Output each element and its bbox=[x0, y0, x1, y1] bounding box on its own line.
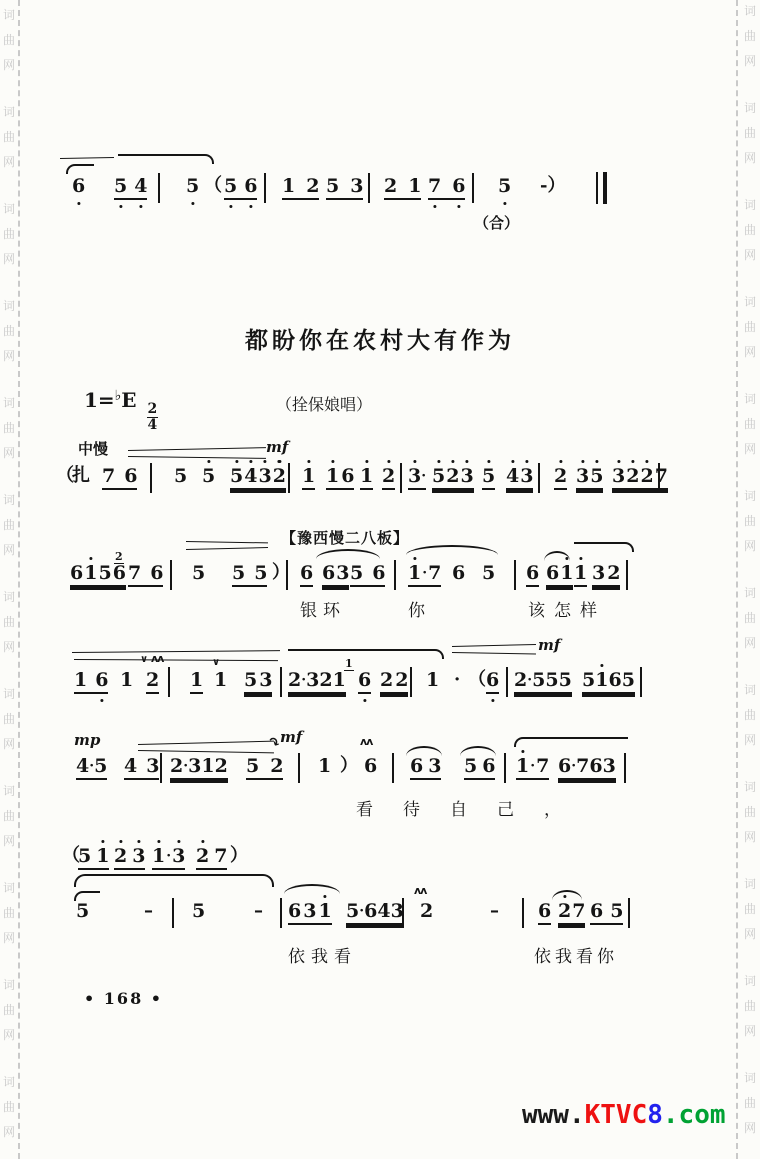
note-char: 5 bbox=[230, 466, 243, 486]
side-watermark-char: 词 bbox=[3, 6, 15, 23]
note-group: 54 bbox=[114, 176, 147, 200]
note-char: 6 bbox=[113, 563, 126, 583]
barline bbox=[288, 463, 290, 493]
note-char: · bbox=[166, 846, 171, 866]
hairpin-line bbox=[138, 750, 274, 753]
mordent-mark: ʌʌ bbox=[151, 652, 163, 665]
footer-watermark: www.KTVC8.com bbox=[522, 1100, 726, 1130]
note-char: 2 bbox=[273, 466, 286, 486]
note-char: 6 bbox=[452, 176, 465, 196]
hairpin-line bbox=[452, 652, 536, 654]
note-char: 2 bbox=[215, 756, 228, 776]
lyric-text: 看待自己， bbox=[356, 795, 591, 820]
barline bbox=[158, 173, 160, 203]
hairpin-line bbox=[128, 447, 266, 451]
side-watermark-char: 词 bbox=[744, 2, 756, 19]
note-char: 7 bbox=[428, 176, 441, 196]
note-char: 7 bbox=[128, 563, 141, 583]
octave-dot-above bbox=[137, 840, 140, 843]
barline bbox=[298, 753, 300, 783]
note-char: 2 bbox=[114, 846, 127, 866]
side-watermark-char: 词 bbox=[3, 394, 15, 411]
octave-dot-above bbox=[278, 460, 281, 463]
octave-dot-below bbox=[191, 202, 194, 205]
note-group: 43 bbox=[124, 756, 159, 780]
banqiang-label: 【豫西慢二八板】 bbox=[281, 527, 409, 548]
note-char: 2 bbox=[170, 756, 183, 776]
note-char: 6 bbox=[322, 563, 335, 583]
sheet-music-page: 都盼你在农村大有作为 1=♭E24 （拴保娘唱） 6545（5612532176… bbox=[0, 0, 760, 1159]
octave-dot-above bbox=[177, 840, 180, 843]
note-char: 1 bbox=[96, 846, 109, 866]
side-watermark-char: 网 bbox=[744, 1119, 756, 1136]
lyric-text: 银环 bbox=[300, 596, 346, 621]
note-char: 2 bbox=[395, 670, 408, 690]
note-char: 3 bbox=[188, 756, 201, 776]
note-char: 7 bbox=[655, 466, 668, 486]
side-watermark-char: 曲 bbox=[744, 221, 756, 238]
side-watermark-char: 网 bbox=[3, 832, 15, 849]
slur-arc bbox=[406, 746, 442, 756]
barline bbox=[410, 667, 412, 697]
barline bbox=[160, 753, 162, 783]
side-watermark-char: 词 bbox=[744, 681, 756, 698]
side-watermark-char: 曲 bbox=[3, 419, 15, 436]
note-group: 1 bbox=[214, 670, 227, 692]
side-watermark-char: 词 bbox=[744, 972, 756, 989]
note-group: 16 bbox=[326, 466, 354, 490]
note-char: 3 bbox=[259, 670, 272, 690]
note-group: 6·763 bbox=[558, 756, 616, 780]
note-group: 5 bbox=[498, 176, 511, 198]
note-char: 1 bbox=[574, 563, 587, 583]
note-group: 21 bbox=[384, 176, 421, 200]
note-char: 7 bbox=[536, 756, 549, 776]
note-char: 3 bbox=[576, 466, 589, 486]
note-char: 2 bbox=[626, 466, 639, 486]
note-char: 1 bbox=[120, 670, 133, 690]
octave-dot-above bbox=[595, 460, 598, 463]
note-char: 5 bbox=[545, 670, 558, 690]
note-char: 2 bbox=[384, 176, 397, 196]
hairpin-line bbox=[72, 650, 280, 653]
note-char: 2 bbox=[382, 466, 395, 486]
note-char: 4 bbox=[124, 756, 137, 776]
meter-numerator: 2 bbox=[148, 402, 158, 417]
hairpin-line bbox=[186, 547, 268, 550]
note-group: 1·3 bbox=[152, 846, 185, 870]
dynamic-marking: mf bbox=[280, 728, 302, 746]
notation-text: · bbox=[454, 670, 460, 690]
dynamic-marking: mf bbox=[266, 438, 288, 456]
note-char: · bbox=[421, 466, 426, 486]
notation-text: ） bbox=[340, 756, 358, 776]
phrase-hook-right bbox=[118, 154, 214, 164]
octave-dot-below bbox=[433, 205, 436, 208]
note-group: 22 bbox=[380, 670, 408, 694]
note-char: 2 bbox=[607, 563, 620, 583]
side-watermark-char: 网 bbox=[744, 246, 756, 263]
side-watermark-char: 网 bbox=[744, 828, 756, 845]
note-char: 1 bbox=[408, 563, 421, 583]
note-char: 5 bbox=[482, 466, 495, 486]
note-char: 2 bbox=[306, 176, 319, 196]
note-char: 5 bbox=[192, 901, 205, 921]
note-char: 3 bbox=[336, 563, 349, 583]
side-watermark-char: 网 bbox=[744, 440, 756, 457]
side-watermark-char: 曲 bbox=[3, 322, 15, 339]
octave-dot-above bbox=[645, 460, 648, 463]
note-char: 5 bbox=[498, 176, 511, 196]
hairpin-line bbox=[452, 644, 536, 647]
note-char: 1 bbox=[214, 670, 227, 690]
barline bbox=[170, 560, 172, 590]
note-char: 6 bbox=[244, 176, 257, 196]
notation-text: -） bbox=[540, 176, 565, 196]
barline bbox=[280, 667, 282, 697]
side-watermark-char: 词 bbox=[3, 200, 15, 217]
note-char: 6 bbox=[590, 901, 603, 921]
barline bbox=[472, 173, 474, 203]
note-char: 2 bbox=[288, 670, 301, 690]
note-char: 5 bbox=[94, 756, 107, 776]
side-watermark-char: 网 bbox=[744, 731, 756, 748]
note-group: 4·5 bbox=[76, 756, 107, 780]
note-group: 56 bbox=[224, 176, 257, 200]
dynamic-marking: mp bbox=[74, 731, 100, 749]
note-group: 65 bbox=[590, 901, 623, 925]
note-char: 6 bbox=[72, 176, 85, 196]
note-group: 6 bbox=[72, 176, 85, 198]
note-char: 5 bbox=[98, 563, 111, 583]
side-watermark-char: 词 bbox=[3, 685, 15, 702]
note-group: 1 bbox=[120, 670, 133, 692]
singer-credit: （拴保娘唱） bbox=[276, 392, 372, 415]
barline bbox=[402, 898, 404, 928]
octave-dot-above bbox=[579, 557, 582, 560]
note-char: 3 bbox=[408, 466, 421, 486]
octave-dot-above bbox=[331, 460, 334, 463]
note-char: 2 bbox=[558, 901, 571, 921]
dynamic-marking: mf bbox=[538, 636, 560, 654]
footer-watermark-segment: www. bbox=[522, 1100, 585, 1130]
note-char: 4 bbox=[506, 466, 519, 486]
footer-watermark-segment: KTVC bbox=[585, 1100, 648, 1130]
octave-dot-above bbox=[157, 840, 160, 843]
footer-watermark-segment: .com bbox=[663, 1100, 726, 1130]
side-watermark-char: 曲 bbox=[744, 803, 756, 820]
side-watermark-char: 网 bbox=[744, 537, 756, 554]
note-char: 1 bbox=[333, 670, 346, 690]
note-char: 1 bbox=[326, 466, 339, 486]
note-char: · bbox=[530, 756, 535, 776]
barline bbox=[626, 560, 628, 590]
octave-dot-below bbox=[139, 205, 142, 208]
barline bbox=[628, 898, 630, 928]
side-watermark-char: 词 bbox=[744, 1069, 756, 1086]
notation-text: （ bbox=[204, 176, 222, 196]
note-char: 2 bbox=[640, 466, 653, 486]
note-char: 3 bbox=[520, 466, 533, 486]
phrase-slur bbox=[74, 874, 274, 887]
side-watermark-char: 网 bbox=[3, 444, 15, 461]
note-char: 6 bbox=[300, 563, 313, 583]
side-watermark-char: 词 bbox=[3, 1073, 15, 1090]
note-group: 52 bbox=[246, 756, 283, 780]
octave-dot-above bbox=[511, 460, 514, 463]
note-group: 5165 bbox=[582, 670, 635, 694]
meter-denominator: 4 bbox=[147, 417, 159, 433]
note-char: · bbox=[422, 563, 427, 583]
note-char: 1 bbox=[302, 466, 315, 486]
note-char: 2 bbox=[146, 670, 159, 690]
note-char: 1 bbox=[595, 670, 608, 690]
note-char: 6 bbox=[364, 901, 377, 921]
hairpin-line bbox=[74, 659, 278, 661]
note-group: 35 bbox=[576, 466, 603, 490]
note-char: 6 bbox=[372, 563, 385, 583]
note-group: 1 bbox=[190, 670, 203, 694]
side-watermark-char: 曲 bbox=[744, 997, 756, 1014]
octave-dot-below bbox=[363, 699, 366, 702]
barline bbox=[280, 898, 282, 928]
note-char: 2 bbox=[196, 846, 209, 866]
note-char: 6 bbox=[410, 756, 423, 776]
note-char: 5 bbox=[186, 176, 199, 196]
side-watermark-char: 曲 bbox=[744, 706, 756, 723]
note-group: 51 bbox=[78, 846, 109, 870]
annotation-text: 中慢 bbox=[78, 438, 108, 459]
page-border-dashed-left bbox=[18, 0, 20, 1159]
side-watermark-char: 词 bbox=[744, 196, 756, 213]
octave-dot-below bbox=[100, 699, 103, 702]
note-group: 16 bbox=[74, 670, 108, 694]
barline bbox=[400, 463, 402, 493]
side-watermark-char: 词 bbox=[3, 976, 15, 993]
octave-dot-below bbox=[77, 202, 80, 205]
final-barline bbox=[596, 172, 607, 204]
slur-arc bbox=[552, 890, 582, 900]
note-group: 2 bbox=[146, 670, 159, 694]
barline bbox=[658, 463, 660, 493]
note-group: 76 bbox=[128, 563, 163, 587]
side-watermark-char: 曲 bbox=[744, 318, 756, 335]
note-char: 2 bbox=[319, 670, 332, 690]
notation-text: – bbox=[254, 901, 263, 921]
side-watermark-char: 词 bbox=[744, 487, 756, 504]
octave-dot-above bbox=[631, 460, 634, 463]
side-watermark-char: 曲 bbox=[744, 124, 756, 141]
note-char: 7 bbox=[572, 901, 585, 921]
footer-watermark-segment: 8 bbox=[647, 1100, 663, 1130]
slur-arc bbox=[406, 545, 498, 555]
side-watermark-char: 词 bbox=[744, 778, 756, 795]
note-char: 6 bbox=[288, 901, 301, 921]
note-char: 5 bbox=[590, 466, 603, 486]
side-watermark-char: 网 bbox=[3, 638, 15, 655]
barline bbox=[168, 667, 170, 697]
octave-dot-below bbox=[491, 699, 494, 702]
note-group: 6 bbox=[526, 563, 539, 587]
note-char: 5 bbox=[192, 563, 205, 583]
note-group: 5 bbox=[482, 466, 495, 490]
note-char: 3 bbox=[460, 466, 473, 486]
side-watermark-char: 词 bbox=[3, 297, 15, 314]
note-group: 1·7 bbox=[408, 563, 441, 587]
note-char: 5 bbox=[244, 670, 257, 690]
note-char: 4 bbox=[244, 466, 257, 486]
note-char: 5 bbox=[78, 846, 91, 866]
note-group: 2·555 bbox=[514, 670, 572, 694]
note-char: 5 bbox=[346, 901, 359, 921]
note-group: 1 bbox=[318, 756, 331, 778]
note-char: 5 bbox=[610, 901, 623, 921]
octave-dot-above bbox=[235, 460, 238, 463]
side-watermark-char: 词 bbox=[3, 491, 15, 508]
side-watermark-char: 词 bbox=[3, 588, 15, 605]
hairpin-line bbox=[138, 741, 274, 745]
note-group: 5 bbox=[186, 176, 199, 198]
octave-dot-above bbox=[600, 664, 603, 667]
octave-dot-above bbox=[437, 460, 440, 463]
note-group: 1 bbox=[574, 563, 587, 587]
phrase-hook-left bbox=[514, 737, 628, 747]
key-prefix: 1= bbox=[84, 388, 115, 412]
note-group: 6 bbox=[486, 670, 499, 694]
note-group: 2·312 bbox=[170, 756, 228, 780]
note-char: 3 bbox=[592, 563, 605, 583]
octave-dot-above bbox=[413, 460, 416, 463]
side-watermark-char: 网 bbox=[744, 149, 756, 166]
note-char: 1 bbox=[318, 756, 331, 776]
grace-note: 1 bbox=[344, 657, 354, 671]
note-group: 27 bbox=[558, 901, 585, 925]
lyric-text: 依我看你 bbox=[534, 942, 618, 967]
octave-dot-below bbox=[229, 205, 232, 208]
note-char: 1 bbox=[516, 756, 529, 776]
note-group: 63 bbox=[322, 563, 349, 587]
side-watermark-char: 词 bbox=[744, 390, 756, 407]
octave-dot-below bbox=[119, 205, 122, 208]
phrase-hook-left bbox=[66, 164, 94, 174]
phrase-hook-right bbox=[288, 649, 444, 659]
note-char: 1 bbox=[318, 901, 331, 921]
note-group: 5·643 bbox=[346, 901, 404, 925]
note-group: 63 bbox=[410, 756, 441, 780]
song-title: 都盼你在农村大有作为 bbox=[0, 322, 760, 355]
grace-note: 2 bbox=[114, 550, 124, 564]
barline bbox=[538, 463, 540, 493]
note-group: 76 bbox=[428, 176, 465, 200]
slur-arc bbox=[284, 884, 340, 894]
note-char: 6 bbox=[526, 563, 539, 583]
octave-dot-above bbox=[207, 460, 210, 463]
side-watermark-char: 词 bbox=[744, 99, 756, 116]
note-char: 5 bbox=[224, 176, 237, 196]
note-char: 2 bbox=[514, 670, 527, 690]
side-watermark-char: 词 bbox=[744, 875, 756, 892]
note-char: 7 bbox=[102, 466, 115, 486]
side-watermark-char: 词 bbox=[3, 782, 15, 799]
note-char: 1 bbox=[360, 466, 373, 486]
note-char: 3 bbox=[172, 846, 185, 866]
barline bbox=[394, 560, 396, 590]
note-char: 5 bbox=[622, 670, 635, 690]
side-watermark-char: 词 bbox=[744, 293, 756, 310]
side-watermark-char: 曲 bbox=[744, 512, 756, 529]
octave-dot-above bbox=[521, 750, 524, 753]
octave-dot-above bbox=[119, 840, 122, 843]
note-char: 5 bbox=[246, 756, 259, 776]
note-char: 6 bbox=[452, 563, 465, 583]
note-char: 7 bbox=[214, 846, 227, 866]
side-watermark-char: 曲 bbox=[3, 128, 15, 145]
side-watermark-char: 曲 bbox=[3, 1001, 15, 1018]
octave-dot-above bbox=[525, 460, 528, 463]
note-char: 6 bbox=[486, 670, 499, 690]
side-watermark-char: 曲 bbox=[3, 1098, 15, 1115]
note-group: 23 bbox=[114, 846, 145, 870]
note-char: 1 bbox=[74, 670, 87, 690]
note-group: 6 bbox=[364, 756, 377, 778]
notation-text: – bbox=[490, 901, 499, 921]
note-char: 1 bbox=[408, 176, 421, 196]
note-group: 5432 bbox=[230, 466, 286, 490]
note-group: 5 bbox=[202, 466, 215, 488]
note-group: 12 bbox=[282, 176, 319, 200]
note-char: 4 bbox=[134, 176, 147, 196]
note-char: 3 bbox=[258, 466, 271, 486]
side-watermark-char: 曲 bbox=[744, 900, 756, 917]
key-letter: E bbox=[121, 388, 136, 412]
breath-mark: ∨ bbox=[212, 657, 220, 668]
octave-dot-above bbox=[249, 460, 252, 463]
barline bbox=[286, 560, 288, 590]
page-border-dashed-right bbox=[736, 0, 738, 1159]
note-group: 6 bbox=[358, 670, 371, 694]
octave-dot-above bbox=[89, 557, 92, 560]
barline bbox=[368, 173, 370, 203]
note-char: 2 bbox=[446, 466, 459, 486]
note-char: 1 bbox=[84, 563, 97, 583]
note-char: 6 bbox=[538, 901, 551, 921]
note-group: 61 bbox=[546, 563, 573, 587]
note-group: 6156 bbox=[70, 563, 126, 587]
note-char: 5 bbox=[350, 563, 363, 583]
side-watermark-char: 曲 bbox=[3, 516, 15, 533]
note-char: 7 bbox=[576, 756, 589, 776]
side-watermark-char: 网 bbox=[3, 929, 15, 946]
note-char: 3 bbox=[612, 466, 625, 486]
side-watermark-char: 网 bbox=[744, 52, 756, 69]
note-char: 3 bbox=[603, 756, 616, 776]
note-char: 5 bbox=[464, 756, 477, 776]
note-char: 2 bbox=[270, 756, 283, 776]
note-char: 1 bbox=[282, 176, 295, 196]
note-char: 3 bbox=[146, 756, 159, 776]
note-char: 6 bbox=[482, 756, 495, 776]
note-group: 631 bbox=[288, 901, 332, 925]
octave-dot-above bbox=[413, 557, 416, 560]
note-char: 4 bbox=[377, 901, 390, 921]
note-char: 1 bbox=[152, 846, 165, 866]
barline bbox=[172, 898, 174, 928]
side-watermark-char: 网 bbox=[3, 347, 15, 364]
octave-dot-above bbox=[101, 840, 104, 843]
mordent-mark: ʌʌ bbox=[414, 884, 426, 897]
note-group: 6 bbox=[300, 563, 313, 587]
side-watermark-char: 曲 bbox=[744, 415, 756, 432]
